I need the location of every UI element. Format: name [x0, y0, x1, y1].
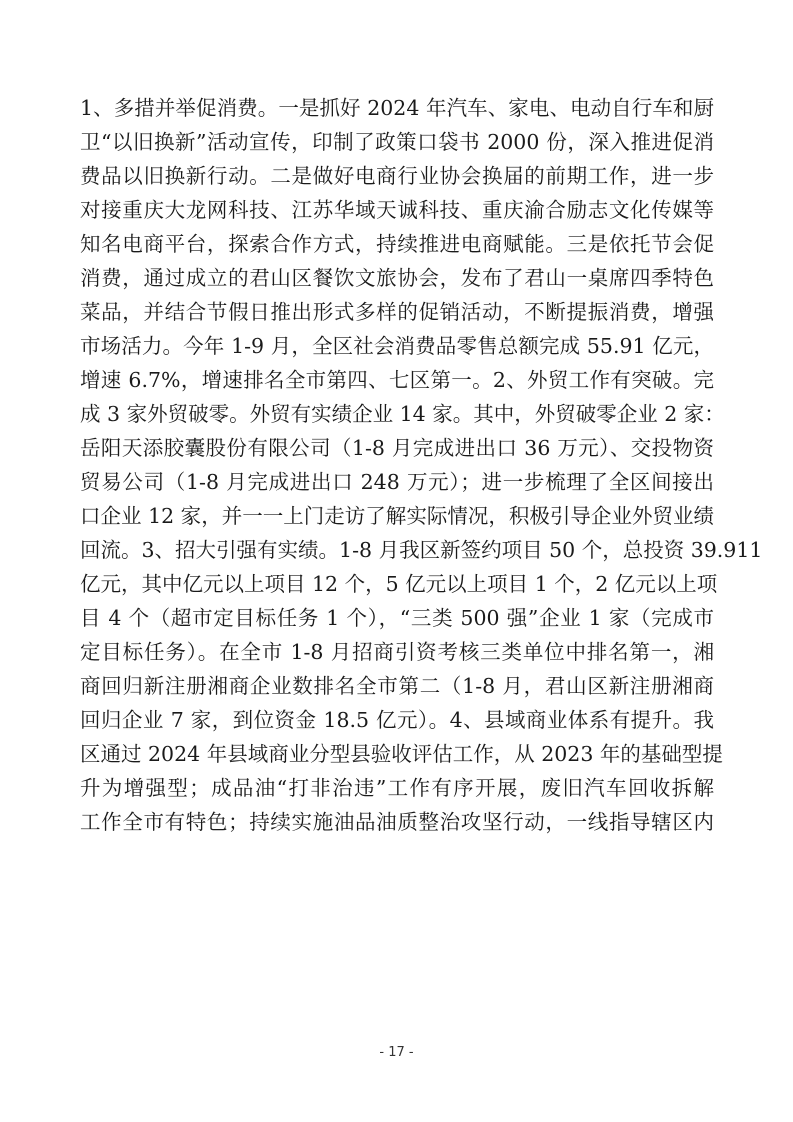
text-line: 口企业 12 家，并一一上门走访了解实际情况，积极引导企业外贸业绩: [80, 499, 714, 533]
text-line: 回流。3、招大引强有实绩。1-8 月我区新签约项目 50 个，总投资 39.91…: [80, 533, 714, 567]
text-line: 回归企业 7 家，到位资金 18.5 亿元）。4、县域商业体系有提升。我: [80, 703, 714, 737]
text-line: 知名电商平台，探索合作方式，持续推进电商赋能。三是依托节会促: [80, 227, 714, 261]
page-number: - 17 -: [0, 1045, 793, 1060]
text-line: 消费，通过成立的君山区餐饮文旅协会，发布了君山一桌席四季特色: [80, 261, 714, 295]
text-line: 菜品，并结合节假日推出形式多样的促销活动，不断提振消费，增强: [80, 295, 714, 329]
text-line: 增速 6.7%，增速排名全市第四、七区第一。2、外贸工作有突破。完: [80, 363, 714, 397]
body-text: 1、多措并举促消费。一是抓好 2024 年汽车、家电、电动自行车和厨 卫“以旧换…: [80, 91, 714, 839]
text-line: 亿元，其中亿元以上项目 12 个，5 亿元以上项目 1 个，2 亿元以上项: [80, 567, 714, 601]
text-line: 贸易公司（1-8 月完成进出口 248 万元）；进一步梳理了全区间接出: [80, 465, 714, 499]
text-line: 定目标任务）。在全市 1-8 月招商引资考核三类单位中排名第一，湘: [80, 635, 714, 669]
text-line: 工作全市有特色；持续实施油品油质整治攻坚行动，一线指导辖区内: [80, 805, 714, 839]
text-line: 费品以旧换新行动。二是做好电商行业协会换届的前期工作，进一步: [80, 159, 714, 193]
document-page: 1、多措并举促消费。一是抓好 2024 年汽车、家电、电动自行车和厨 卫“以旧换…: [0, 0, 793, 1122]
text-line: 市场活力。今年 1-9 月，全区社会消费品零售总额完成 55.91 亿元，: [80, 329, 714, 363]
text-line: 卫“以旧换新”活动宣传，印制了政策口袋书 2000 份，深入推进促消: [80, 125, 714, 159]
text-line: 区通过 2024 年县域商业分型县验收评估工作，从 2023 年的基础型提: [80, 737, 714, 771]
text-line: 1、多措并举促消费。一是抓好 2024 年汽车、家电、电动自行车和厨: [80, 91, 714, 125]
text-line: 成 3 家外贸破零。外贸有实绩企业 14 家。其中，外贸破零企业 2 家：: [80, 397, 714, 431]
text-line: 岳阳天添胶囊股份有限公司（1-8 月完成进出口 36 万元）、交投物资: [80, 431, 714, 465]
text-line: 目 4 个（超市定目标任务 1 个），“三类 500 强”企业 1 家（完成市: [80, 601, 714, 635]
text-line: 商回归新注册湘商企业数排名全市第二（1-8 月，君山区新注册湘商: [80, 669, 714, 703]
text-line: 升为增强型；成品油“打非治违”工作有序开展，废旧汽车回收拆解: [80, 771, 714, 805]
text-line: 对接重庆大龙网科技、江苏华域天诚科技、重庆渝合励志文化传媒等: [80, 193, 714, 227]
